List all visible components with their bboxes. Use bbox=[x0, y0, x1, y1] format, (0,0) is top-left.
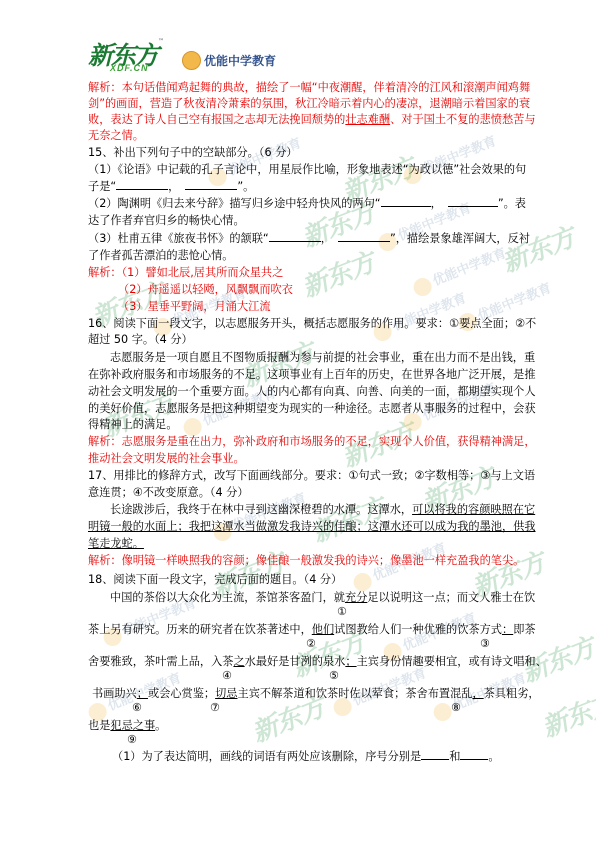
question-title: 15、补出下列句子中的空缺部分。（6 分） bbox=[88, 145, 298, 160]
passage-text: 水最好是甘洌的泉水 bbox=[245, 655, 346, 668]
passage-line: 的美好价值，志愿服务是把这种期望变为现实的一种途径。志愿者从事服务的过程中，会获 bbox=[88, 401, 536, 416]
youneng-emblem-icon bbox=[182, 51, 201, 70]
mark-6: ⑥ bbox=[132, 702, 142, 714]
question-title: 16、阅读下面一段文字，以志愿服务开头，概括志愿服务的作用。要求：①要点全面；②… bbox=[88, 316, 536, 331]
underlined-word-9: 犯忌之事 bbox=[110, 719, 155, 732]
underlined-punct-8: ， bbox=[472, 687, 483, 700]
punctuation: ”。 bbox=[237, 180, 254, 193]
answer-blank[interactable] bbox=[421, 749, 449, 760]
analysis-label: 解析： bbox=[88, 81, 122, 94]
answer-blank[interactable] bbox=[448, 196, 498, 207]
xdf-logo: 新东方 XDF.CN ™ bbox=[88, 36, 166, 74]
punctuation: 。 bbox=[155, 719, 166, 732]
document-page: 优能中学教育 新东方 优能中学教育 新东方 优能中学教育 新东方 新东方 优能中… bbox=[0, 0, 596, 842]
passage-text: 书画助兴 bbox=[92, 687, 137, 700]
passage-text: 或会心赏鉴； bbox=[148, 687, 215, 700]
youneng-logo-text: 优能中学教育 bbox=[204, 52, 276, 69]
connector: 和 bbox=[449, 750, 460, 763]
question-title: 18、阅读下面一段文字，完成后面的题目。（4 分） bbox=[88, 572, 342, 587]
underlined-punct-6: ； bbox=[137, 687, 148, 700]
analysis-text: 推动社会文明发展的社会事业。 bbox=[88, 451, 245, 466]
passage-text: 茶具粗劣， bbox=[484, 687, 540, 700]
analysis-text: 解析：像明镜一样映照我的容颜；像佳酿一般激发我的诗兴；像墨池一样充盈我的笔尖。 bbox=[88, 553, 524, 568]
analysis-text: 、对于国土不复的悲愤愁苦与 bbox=[390, 113, 535, 126]
underlined-word-7: 切忌 bbox=[215, 687, 237, 700]
answer-blank[interactable] bbox=[269, 231, 321, 242]
punctuation: ， bbox=[321, 232, 332, 245]
mark-8: ⑧ bbox=[451, 702, 461, 714]
question-text: （2）陶渊明《归去来兮辞》描写归乡途中轻舟快风的两句“ bbox=[88, 197, 381, 210]
mark-4: ④ bbox=[222, 670, 232, 682]
question-text: 子是“ bbox=[88, 180, 116, 193]
underlined-word-1: 充分 bbox=[345, 591, 367, 604]
question-title: 17、用排比的修辞方式，改写下面画线部分。要求：①句式一致；②字数相等；③与上文… bbox=[88, 468, 535, 483]
underlined-punct-5: ； bbox=[345, 655, 356, 668]
answer-2: （2）舟遥遥以轻飏，风飘飘而吹衣 bbox=[118, 282, 293, 297]
mark-3: ③ bbox=[480, 638, 490, 650]
watermark-xdf: 新东方 bbox=[536, 682, 596, 744]
sub-question-text: （1）为了表达简明，画线的词语有两处应该删除，序号分别是 bbox=[112, 750, 421, 763]
question-text: （3）杜甫五律《旅夜书怀》的颔联“ bbox=[88, 232, 269, 245]
passage-text: 也是 bbox=[88, 719, 110, 732]
analysis-text: 本句话借闻鸡起舞的典故，描绘了一幅“中夜潮醒，伴着清冷的江风和滚潮声闻鸡舞 bbox=[122, 81, 531, 94]
answer-3: （3）星垂平野阔，月涌大江流 bbox=[118, 299, 271, 314]
question-text: 了作者孤苦漂泊的悲怆心情。 bbox=[88, 248, 233, 263]
watermark-xdf: 新东方 bbox=[496, 217, 579, 279]
mark-5: ⑤ bbox=[329, 670, 339, 682]
analysis-label: 解析： bbox=[88, 266, 122, 279]
mark-7: ⑦ bbox=[210, 702, 220, 714]
analysis-text: 解析：志愿服务是重在出力，弥补政府和市场服务的不足，实现个人价值，获得精神满足， bbox=[88, 434, 536, 449]
passage-text: 中国的茶俗以大众化为主流，茶馆茶客盈门，就 bbox=[110, 591, 345, 604]
analysis-text: 剑”的画面，营造了秋夜清冷萧索的氛围，秋江冷暗示着内心的凄凉，退潮暗示着国家的衰 bbox=[88, 96, 530, 111]
passage-text: 即茶 bbox=[513, 623, 535, 636]
youneng-logo: 优能中学教育 bbox=[182, 50, 276, 70]
question-text: ”。表 bbox=[498, 197, 526, 210]
passage-line: 动社会文明发展的一个重要方面。人的内心都有向真、向善、向美的一面，都期望实现个人 bbox=[88, 384, 536, 399]
underlined-passage: 可以将我的容颜映照在它 bbox=[412, 503, 535, 516]
underlined-phrase: 壮志难酬 bbox=[345, 113, 390, 126]
underlined-passage: 明镜一般的水面上；我把这潭水当做激发我诗兴的佳酿；这潭水还可以成为我的墨池，供我 bbox=[88, 519, 536, 534]
mark-2: ② bbox=[306, 638, 316, 650]
underlined-passage: 笔走龙蛇。 bbox=[88, 536, 144, 551]
question-text: 达了作者弃官归乡的畅快心情。 bbox=[88, 213, 245, 228]
underlined-punct-3: ： bbox=[502, 623, 513, 636]
analysis-text: 败，表达了诗人自己空有报国之志却无法挽回颓势的 bbox=[88, 113, 345, 126]
passage-text: 茶上另有研究。历来的研究者在饮茶著述中， bbox=[88, 623, 312, 636]
question-text: ”，描绘景象雄浑阔大，反衬 bbox=[390, 232, 530, 245]
trademark-icon: ™ bbox=[158, 38, 164, 45]
passage-text: 足以说明这一点；而文人雅士在饮 bbox=[367, 591, 535, 604]
watermark-xdf: 新东方 bbox=[296, 242, 379, 304]
passage-text: 试图教给人们一种优雅的饮茶方式 bbox=[334, 623, 502, 636]
question-title: 超过 50 字。（4 分） bbox=[88, 332, 193, 347]
passage-line: 在弥补政府服务和市场服务的不足。这项事业有上百年的历史，在世界各地广泛开展，是推 bbox=[88, 367, 536, 382]
answer-blank[interactable] bbox=[338, 231, 390, 242]
answer-blank[interactable] bbox=[185, 179, 237, 190]
question-title: 意连贯；④不改变原意。（4 分） bbox=[88, 485, 249, 500]
passage-line: 志愿服务是一项自愿且不图物质报酬为参与前提的社会事业，重在出力而不是出钱，重 bbox=[110, 350, 535, 365]
mark-9: ⑨ bbox=[127, 734, 137, 746]
analysis-text: 无奈之情。 bbox=[88, 128, 144, 143]
answer-1: （1）譬如北辰,居其所而众星共之 bbox=[122, 266, 284, 279]
punctuation: 。 bbox=[488, 750, 499, 763]
question-text: （1）《论语》中记载的孔子言论中，用星辰作比喻，形象地表述“为政以德”社会效果的… bbox=[88, 162, 526, 177]
punctuation: ， bbox=[168, 180, 179, 193]
watermark-youneng: 优能中学教育 bbox=[410, 242, 509, 298]
answer-blank[interactable] bbox=[460, 749, 488, 760]
passage-text: 主宾不解茶道和饮茶时佐以荤食；茶舍布置混乱 bbox=[238, 687, 473, 700]
punctuation: ， bbox=[431, 197, 442, 210]
watermark-youneng: 优能中学教育 bbox=[400, 130, 499, 186]
passage-line: 得精神上的满足。 bbox=[88, 417, 178, 432]
passage-text: 舍要雅致，茶叶需上品，入茶 bbox=[88, 655, 233, 668]
underlined-word-4: 之 bbox=[233, 655, 244, 668]
underlined-word-2: 他们 bbox=[312, 623, 334, 636]
xdf-logo-en: XDF.CN bbox=[110, 63, 149, 73]
answer-blank[interactable] bbox=[381, 196, 431, 207]
passage-text: 主宾身份情趣要相宜，或有诗文唱和、 bbox=[357, 655, 547, 668]
mark-1: ① bbox=[337, 606, 347, 618]
passage-text: 长途跋涉后，我终于在林中寻到这幽深橙碧的水潭。这潭水， bbox=[110, 503, 412, 516]
answer-blank[interactable] bbox=[116, 179, 168, 190]
